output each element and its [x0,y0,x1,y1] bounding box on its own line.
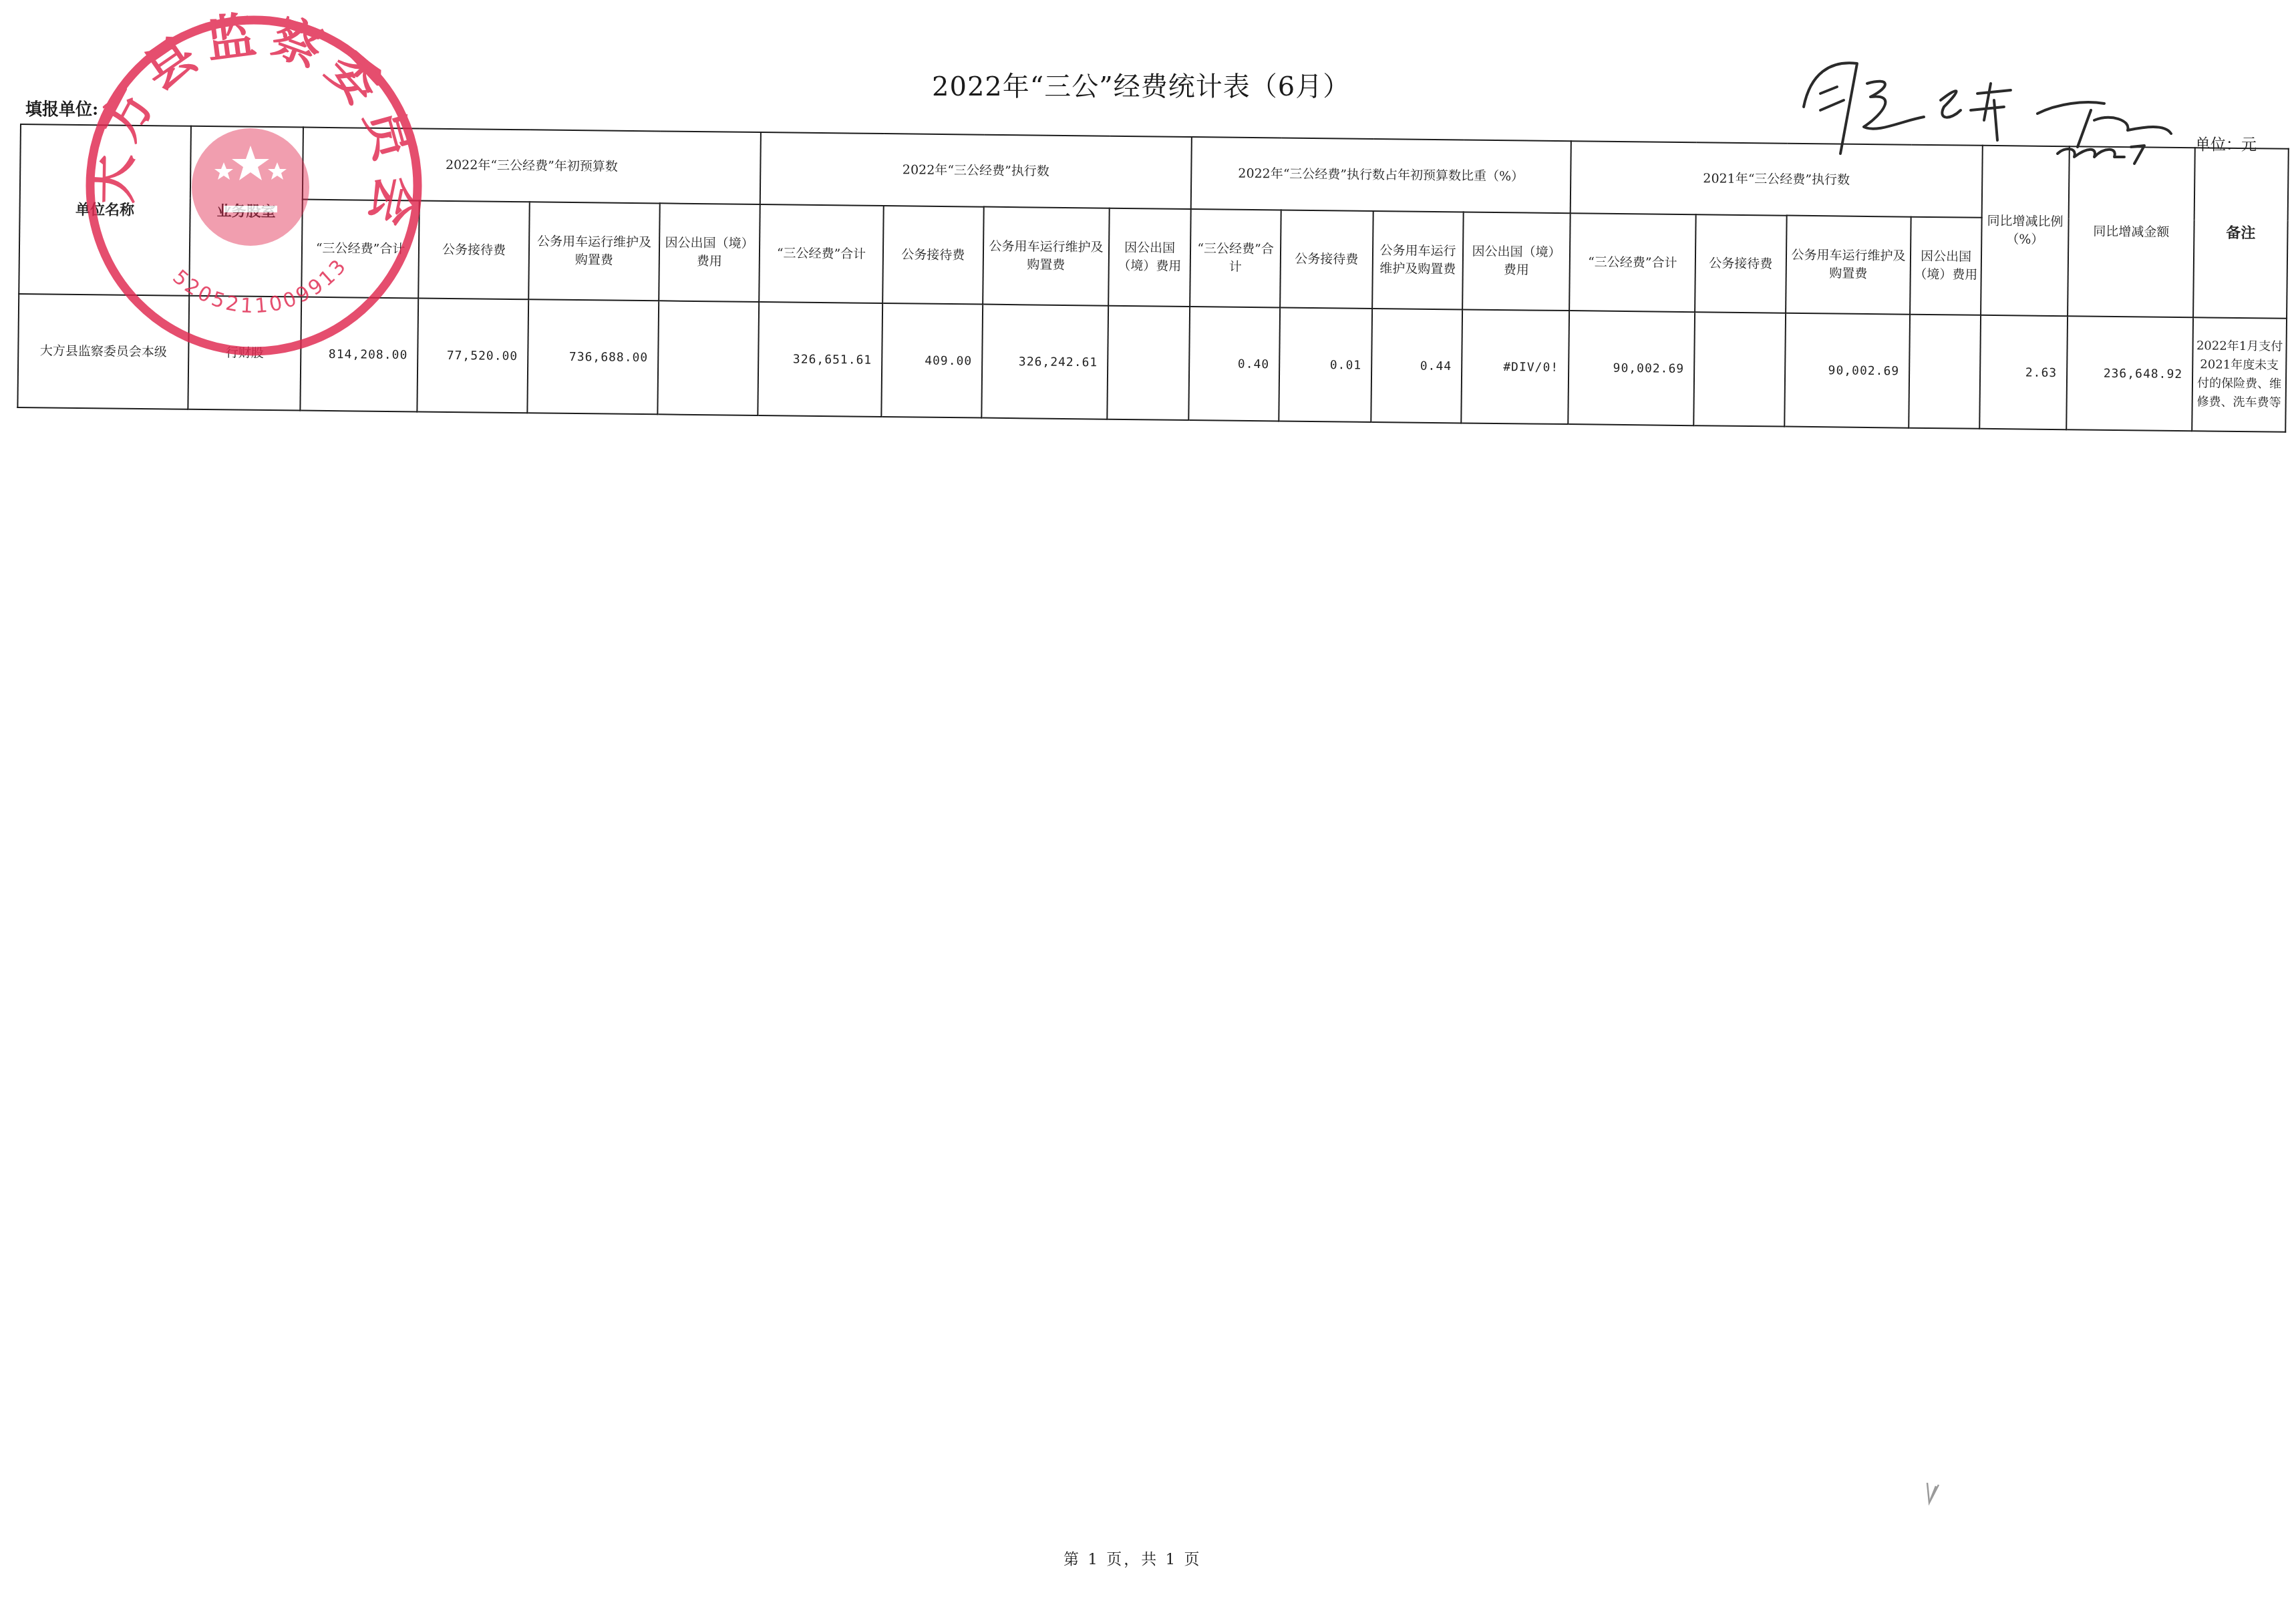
header-group-budget-2022: 2022年“三公经费”年初预算数 [303,128,761,204]
pencil-check-mark [1924,1479,1944,1506]
header-remarks: 备注 [2193,148,2289,319]
cell-actual-total: 326,651.61 [758,302,882,417]
header-department: 业务股室 [189,126,303,297]
cell-ratio-total: 0.40 [1188,307,1280,421]
header-group-actual-2022: 2022年“三公经费”执行数 [760,132,1192,209]
header-ratio-reception: 公务接待费 [1280,210,1373,308]
cell-ratio-reception: 0.01 [1279,307,1372,421]
header-group-ratio-2022: 2022年“三公经费”执行数占年初预算数比重（%） [1191,137,1571,213]
header-budget-vehicle: 公务用车运行维护及购置费 [528,202,660,301]
header-actual-reception: 公务接待费 [882,206,984,305]
cell-budget-reception: 77,520.00 [417,298,528,413]
cell-yoy-amount: 236,648.92 [2066,316,2193,431]
cell-unit-name: 大方县监察委员会本级 [17,294,189,409]
header-ratio-total: “三公经费”合计 [1190,209,1281,307]
header-group-actual-2021: 2021年“三公经费”执行数 [1571,141,1983,218]
cell-2021-reception [1693,312,1786,426]
cell-remarks: 2022年1月支付2021年度未支付的保险费、维修费、洗车费等 [2192,317,2287,432]
header-unit-name: 单位名称 [19,124,191,296]
header-budget-total: “三公经费”合计 [301,200,420,299]
header-2021-vehicle: 公务用车运行维护及购置费 [1786,216,1911,315]
cell-yoy-ratio: 2.63 [1979,315,2068,429]
cell-budget-total: 814,208.00 [300,297,418,412]
cell-budget-vehicle: 736,688.00 [527,299,659,414]
header-2021-overseas: 因公出国（境）费用 [1910,217,1982,315]
cell-actual-reception: 409.00 [881,303,983,418]
header-2021-total: “三公经费”合计 [1569,213,1696,312]
cell-2021-overseas [1909,315,1981,429]
header-yoy-ratio: 同比增减比例（%） [1981,146,2070,316]
cell-2021-vehicle: 90,002.69 [1784,313,1910,428]
cell-actual-vehicle: 326,242.61 [981,305,1108,419]
header-yoy-amount: 同比增减金额 [2068,146,2195,317]
expense-table-container: 单位名称 业务股室 2022年“三公经费”年初预算数 2022年“三公经费”执行… [17,124,2289,433]
header-actual-total: “三公经费”合计 [759,204,884,303]
header-budget-overseas: 因公出国（境）费用 [659,203,760,302]
cell-budget-overseas [657,301,759,415]
three-public-expenses-table: 单位名称 业务股室 2022年“三公经费”年初预算数 2022年“三公经费”执行… [17,124,2289,433]
cell-2021-total: 90,002.69 [1568,311,1695,425]
document-title: 2022年“三公”经费统计表（6月） [932,65,1350,104]
header-ratio-vehicle: 公务用车运行维护及购置费 [1372,211,1464,309]
header-ratio-overseas: 因公出国（境）费用 [1462,212,1571,311]
cell-ratio-overseas: #DIV/0! [1461,309,1569,424]
header-2021-reception: 公务接待费 [1695,214,1787,313]
cell-department: 行财股 [188,296,301,411]
cell-actual-overseas [1107,306,1190,420]
cell-ratio-vehicle: 0.44 [1371,309,1462,423]
header-actual-overseas: 因公出国（境）费用 [1108,208,1191,307]
table-row: 大方县监察委员会本级 行财股 814,208.00 77,520.00 736,… [17,294,2287,432]
header-actual-vehicle: 公务用车运行维护及购置费 [983,207,1110,306]
page-footer: 第 1 页，共 1 页 [1063,1547,1202,1569]
header-budget-reception: 公务接待费 [418,200,530,299]
reporting-unit-label: 填报单位: [25,96,98,120]
